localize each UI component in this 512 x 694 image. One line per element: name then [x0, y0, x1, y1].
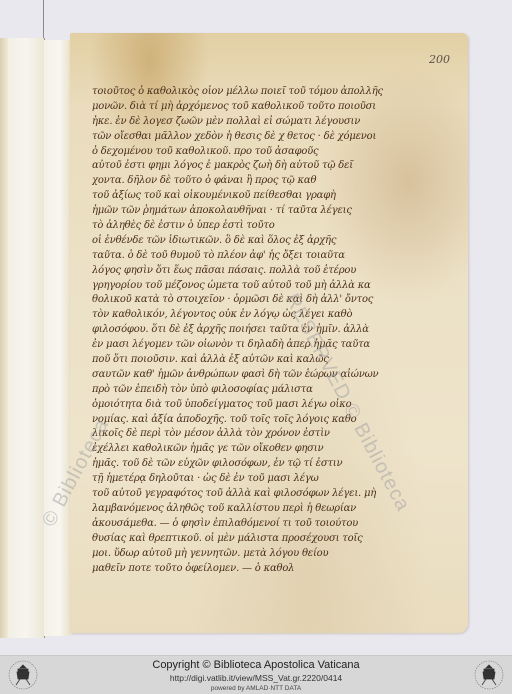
manuscript-line: φιλοσόφου. ὅτι δὲ ἐξ ἀρχῆς ποιήσει ταῦτα… [92, 323, 432, 338]
manuscript-line: ἠκε. ἐν δὲ λογεσ ζωῶν μὲν πολλαὶ εἰ σώμα… [92, 115, 432, 130]
manuscript-line: χοντα. δῆλον δὲ τοῦτο ὁ φάναι ἢ προς τῷ … [92, 174, 432, 189]
manuscript-line: ταῦτα. ὁ δὲ τοῦ θυμοῦ τὸ πλέον ἀφ' ἧς ὄξ… [92, 249, 432, 264]
manuscript-line: τοῦ αὐτοῦ γεγραφότος τοῦ ἀλλὰ καὶ φιλοσό… [92, 487, 432, 502]
manuscript-line: ἐχέλλει καθολικῶν ἡμᾶς γε τῶν οἴκοθεν φη… [92, 442, 432, 457]
page-edge-strip [44, 40, 70, 636]
gutter-line [43, 0, 44, 40]
manuscript-line: θολικοῦ κατὰ τὸ στοιχεῖον · ὁρμῶσι δὲ κα… [92, 293, 432, 308]
manuscript-line: οἱ ἐνθένδε τῶν ἰδιωτικῶν. ὃ δὲ καὶ ὅλος … [92, 234, 432, 249]
manuscript-line: θυσίας καὶ θρεπτικοῦ. οἱ μὲν μάλιστα προ… [92, 532, 432, 547]
manuscript-line: τὸ ἀληθὲς δὲ ἐστιν ὁ ὑπερ ἐστὶ τοῦτο [92, 219, 432, 234]
folio-number: 200 [429, 53, 450, 66]
manuscript-line: τὸν καθολικόν, λέγοντος οὐκ ἐν λόγῳ ὡς λ… [92, 308, 432, 323]
powered-by-text: powered by AMLAD·NTT DATA [0, 685, 512, 692]
manuscript-line: ὁ δεχομένου τοῦ καθολικοῦ. προ τοῦ ἀσαφο… [92, 145, 432, 160]
manuscript-line: μονῶν. διὰ τί μὴ ἀρχόμενος τοῦ καθολικοῦ… [92, 100, 432, 115]
manuscript-line: γρηγορίου τοῦ μέζονος ὡμετα τοῦ αὐτοῦ το… [92, 279, 432, 294]
manuscript-line: τῇ ἡμετέρᾳ δηλοῦται · ὡς δὲ ἐν τοῦ μασι … [92, 472, 432, 487]
manuscript-line: λικοῖς δὲ περὶ τὸν μέσον ἀλλὰ τὸν χρόνον… [92, 427, 432, 442]
manuscript-viewer[interactable]: 200 τοιοῦτος ὁ καθολικὸς οἷον μέλλω ποιε… [0, 0, 512, 655]
manuscript-line: πρὸ τῶν ἐπειδὴ τὸν ὑπὸ φιλοσοφίας μάλιστ… [92, 383, 432, 398]
manuscript-line: ἡμῶν τῶν ῥημάτων ἀποκολαυθῆναι · τί ταῦτ… [92, 204, 432, 219]
manuscript-line: τοιοῦτος ὁ καθολικὸς οἷον μέλλω ποιεῖ το… [92, 85, 432, 100]
manuscript-url[interactable]: http://digi.vatlib.it/view/MSS_Vat.gr.22… [0, 673, 512, 683]
manuscript-line: ποῦ ὅτι ποιοῦσιν. καὶ ἀλλὰ ἐξ αὐτῶν καὶ … [92, 353, 432, 368]
manuscript-line: ὁμοιότητα διὰ τοῦ ὑποδείγματος τοῦ μασι … [92, 398, 432, 413]
vatican-library-seal-icon [472, 659, 506, 691]
copyright-text: Copyright © Biblioteca Apostolica Vatica… [0, 659, 512, 671]
manuscript-line: τοῦ ἀξίως τοῦ καὶ οἰκουμένικοῦ πείθεσθαι… [92, 189, 432, 204]
manuscript-folio: 200 τοιοῦτος ὁ καθολικὸς οἷον μέλλω ποιε… [70, 33, 468, 633]
previous-page-edge [0, 38, 8, 638]
manuscript-line: ἡμᾶς. τοῦ δὲ τῶν εὐχῶν φιλοσόφων, ἐν τῷ … [92, 457, 432, 472]
manuscript-line: νομίας. καὶ ἀξία ἀποδοχῆς. τοῦ τοῖς τοῖς… [92, 413, 432, 428]
manuscript-line: ἀκουσάμεθα. — ὁ φησὶν ἐπιλαθόμενοί τι το… [92, 517, 432, 532]
manuscript-line: αὐτοῦ ἐστι φημι λόγος ἐ μακρὸς ζωὴ δὴ αὐ… [92, 159, 432, 174]
manuscript-line: μοι. ὕδωρ αὐτοῦ μὴ γεννητῶν. μετὰ λόγου … [92, 547, 432, 562]
manuscript-line: σαυτῶν καθ' ἡμῶν ἀνθρώπων φασὶ δὴ τῶν ἑώ… [92, 368, 432, 383]
manuscript-line: μαθεῖν ποτε τοῦτο ὀφείλομεν. — ὁ καθολ [92, 562, 432, 577]
manuscript-line: λόγος φησὶν ὅτι ἕως πᾶσαι πάσαις. πολλὰ … [92, 264, 432, 279]
manuscript-text: τοιοῦτος ὁ καθολικὸς οἷον μέλλω ποιεῖ το… [92, 85, 432, 576]
manuscript-line: τῶν οἴεσθαι μᾶλλον χεδὸν ἡ θεσις δὲ χ θε… [92, 130, 432, 145]
copyright-footer: Copyright © Biblioteca Apostolica Vatica… [0, 655, 512, 694]
page-edge-strip [8, 38, 45, 638]
manuscript-line: ἐν μασι λέγομεν τῶν οἰωνὸν τι δηλαδὴ ἀπε… [92, 338, 432, 353]
manuscript-line: λαμβανόμενος ἀληθῶς τοῦ καλλίστου περὶ ἡ… [92, 502, 432, 517]
